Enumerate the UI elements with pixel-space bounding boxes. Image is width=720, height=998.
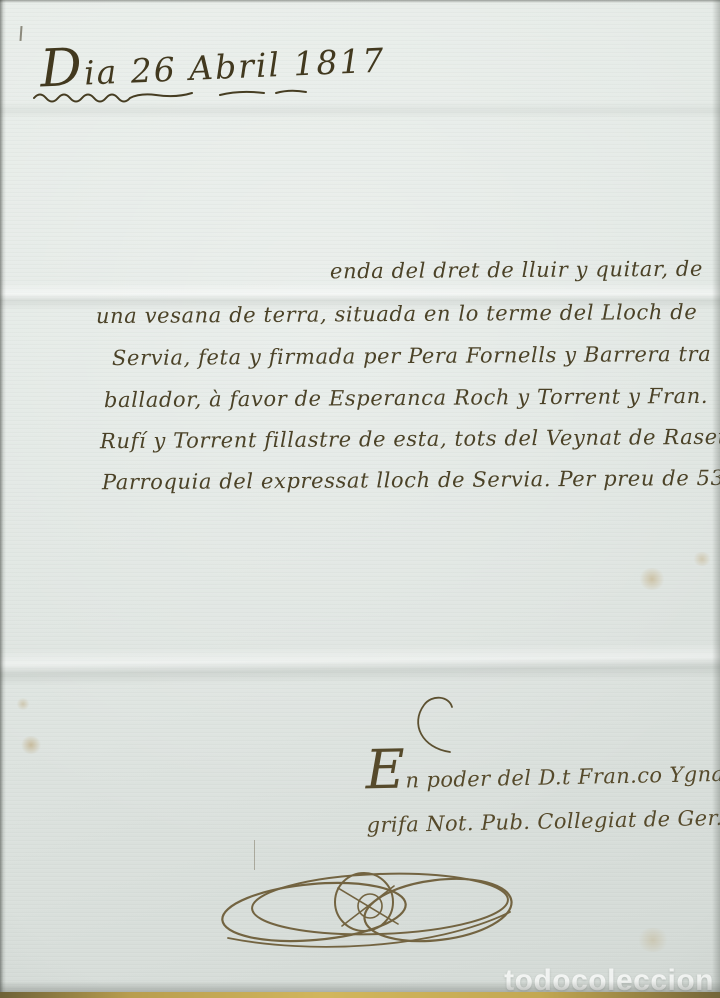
manuscript-line-2: una vesana de terra, situada en lo terme… (96, 300, 697, 328)
manuscript-line-5: Rufí y Torrent fillastre de esta, tots d… (100, 425, 720, 453)
paper-stain (692, 552, 712, 566)
manuscript-line-4: ballador, à favor de Esperanca Roch y To… (104, 384, 708, 412)
initial-letter-v-flourish (182, 122, 472, 317)
manuscript-line-1: enda del dret de lluir y quitar, de (330, 257, 703, 284)
manuscript-line-3: Servia, feta y firmada per Pera Fornells… (112, 342, 711, 370)
paper-stain (16, 698, 30, 710)
closing-line-1: En poder del D.t Fran.co Ygnaci La (365, 740, 720, 804)
notary-closing-block: En poder del D.t Fran.co Ygnaci La grifa… (365, 740, 720, 848)
photo-vignette (0, 0, 720, 998)
paper-laid-texture (0, 0, 720, 998)
photo-edge-right (712, 0, 720, 998)
photo-edge-top (0, 0, 720, 3)
paper-fold-crease (0, 642, 720, 686)
paper-stain (638, 568, 666, 590)
manuscript-document-photo: Dia 26 Abril 1817 V enda del dret de llu… (0, 0, 720, 998)
signature-rubric-flourish (212, 854, 518, 952)
paper-stain (20, 736, 42, 754)
photo-edge-left (0, 0, 6, 998)
ink-mark (254, 840, 255, 870)
date-line: Dia 26 Abril 1817 (39, 24, 387, 99)
manuscript-line-6: Parroquia del expressat lloch de Servia.… (102, 466, 720, 495)
closing-line-2: grifa Not. Pub. Collegiat de Ger.a (366, 795, 720, 848)
todocoleccion-watermark: todocoleccion (504, 964, 714, 998)
paper-stain (636, 928, 670, 952)
ink-mark (19, 26, 22, 41)
paper-fold-crease (0, 102, 720, 118)
